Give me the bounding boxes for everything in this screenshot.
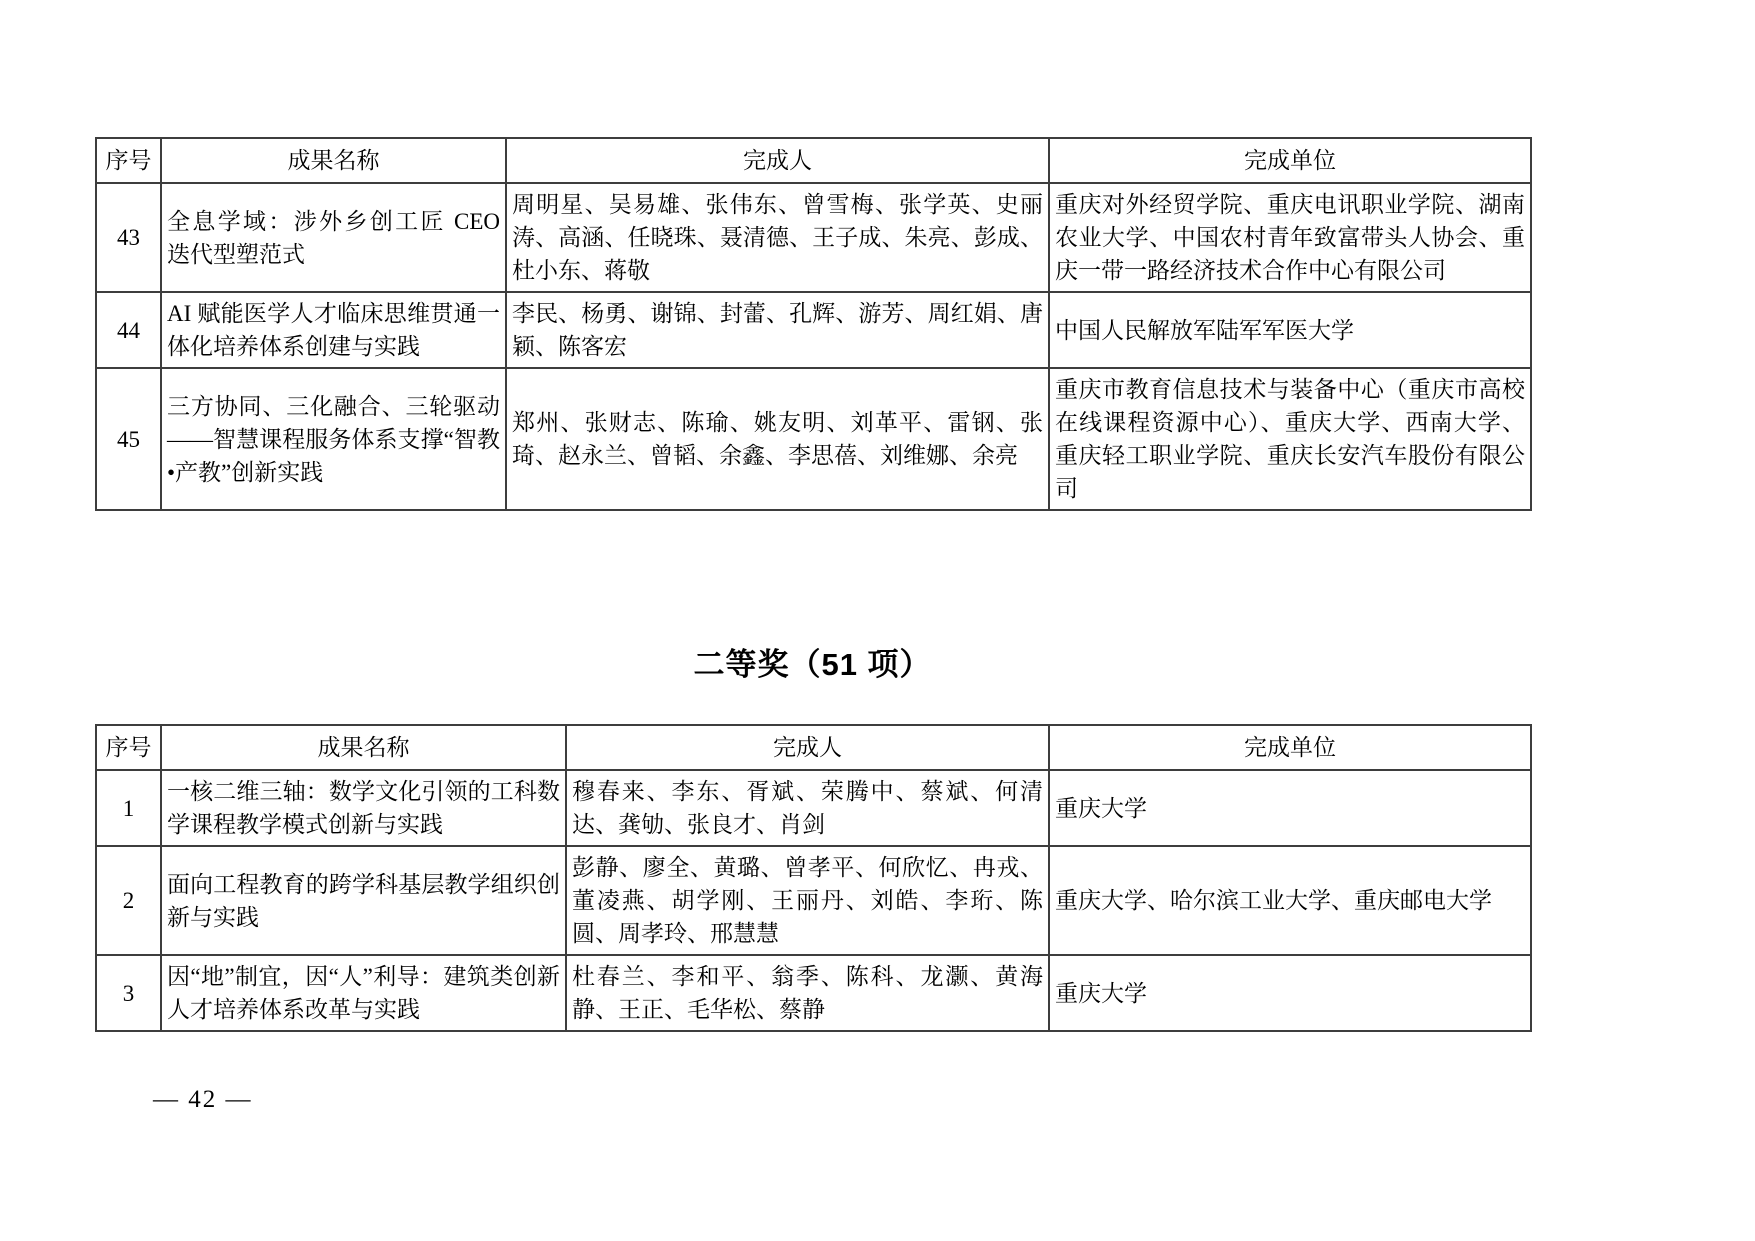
document-page: 序号 成果名称 完成人 完成单位 43 全息学域：涉外乡创工匠 CEO 迭代型塑…	[0, 0, 1755, 1241]
row-completers: 彭静、廖全、黄璐、曾孝平、何欣忆、冉戎、董凌燕、胡学刚、王丽丹、刘皓、李珩、陈圆…	[566, 846, 1049, 955]
section-title-second-prize: 二等奖（51 项）	[95, 639, 1530, 684]
header-completers: 完成人	[506, 138, 1049, 183]
row-achievement-name: 全息学域：涉外乡创工匠 CEO 迭代型塑范式	[161, 183, 506, 292]
header-completing-units: 完成单位	[1049, 138, 1531, 183]
table-row: 45 三方协同、三化融合、三轮驱动——智慧课程服务体系支撑“智教•产教”创新实践…	[96, 368, 1531, 510]
row-completing-units: 重庆市教育信息技术与装备中心（重庆市高校在线课程资源中心）、重庆大学、西南大学、…	[1049, 368, 1531, 510]
row-achievement-name: 面向工程教育的跨学科基层教学组织创新与实践	[161, 846, 566, 955]
header-completers: 完成人	[566, 725, 1049, 770]
table-header-row: 序号 成果名称 完成人 完成单位	[96, 138, 1531, 183]
row-serial-number: 43	[96, 183, 161, 292]
row-achievement-name: 因“地”制宜，因“人”利导：建筑类创新人才培养体系改革与实践	[161, 955, 566, 1031]
table-row: 1 一核二维三轴：数学文化引领的工科数学课程教学模式创新与实践 穆春来、李东、胥…	[96, 770, 1531, 846]
page-number: — 42 —	[153, 1086, 1755, 1114]
row-serial-number: 1	[96, 770, 161, 846]
row-achievement-name: 三方协同、三化融合、三轮驱动——智慧课程服务体系支撑“智教•产教”创新实践	[161, 368, 506, 510]
row-completing-units: 中国人民解放军陆军军医大学	[1049, 292, 1531, 368]
header-achievement-name: 成果名称	[161, 138, 506, 183]
row-completing-units: 重庆大学	[1049, 770, 1531, 846]
row-completing-units: 重庆大学、哈尔滨工业大学、重庆邮电大学	[1049, 846, 1531, 955]
header-achievement-name: 成果名称	[161, 725, 566, 770]
row-completers: 周明星、吴易雄、张伟东、曾雪梅、张学英、史丽涛、高涵、任晓珠、聂清德、王子成、朱…	[506, 183, 1049, 292]
table-row: 43 全息学域：涉外乡创工匠 CEO 迭代型塑范式 周明星、吴易雄、张伟东、曾雪…	[96, 183, 1531, 292]
row-achievement-name: AI 赋能医学人才临床思维贯通一体化培养体系创建与实践	[161, 292, 506, 368]
row-serial-number: 3	[96, 955, 161, 1031]
row-achievement-name: 一核二维三轴：数学文化引领的工科数学课程教学模式创新与实践	[161, 770, 566, 846]
row-serial-number: 44	[96, 292, 161, 368]
table-row: 44 AI 赋能医学人才临床思维贯通一体化培养体系创建与实践 李民、杨勇、谢锦、…	[96, 292, 1531, 368]
header-completing-units: 完成单位	[1049, 725, 1531, 770]
row-completers: 杜春兰、李和平、翁季、陈科、龙灏、黄海静、王正、毛华松、蔡静	[566, 955, 1049, 1031]
table-row: 2 面向工程教育的跨学科基层教学组织创新与实践 彭静、廖全、黄璐、曾孝平、何欣忆…	[96, 846, 1531, 955]
table-header-row: 序号 成果名称 完成人 完成单位	[96, 725, 1531, 770]
header-serial-number: 序号	[96, 725, 161, 770]
row-serial-number: 2	[96, 846, 161, 955]
header-serial-number: 序号	[96, 138, 161, 183]
row-completing-units: 重庆大学	[1049, 955, 1531, 1031]
row-completers: 郑州、张财志、陈瑜、姚友明、刘革平、雷钢、张琦、赵永兰、曾韬、余鑫、李思蓓、刘维…	[506, 368, 1049, 510]
row-completing-units: 重庆对外经贸学院、重庆电讯职业学院、湖南农业大学、中国农村青年致富带头人协会、重…	[1049, 183, 1531, 292]
table-row: 3 因“地”制宜，因“人”利导：建筑类创新人才培养体系改革与实践 杜春兰、李和平…	[96, 955, 1531, 1031]
row-completers: 李民、杨勇、谢锦、封蕾、孔辉、游芳、周红娟、唐颖、陈客宏	[506, 292, 1049, 368]
row-completers: 穆春来、李东、胥斌、荣腾中、蔡斌、何清达、龚劬、张良才、肖剑	[566, 770, 1049, 846]
row-serial-number: 45	[96, 368, 161, 510]
second-prize-results-table: 序号 成果名称 完成人 完成单位 1 一核二维三轴：数学文化引领的工科数学课程教…	[95, 724, 1532, 1032]
first-prize-results-table: 序号 成果名称 完成人 完成单位 43 全息学域：涉外乡创工匠 CEO 迭代型塑…	[95, 137, 1532, 511]
